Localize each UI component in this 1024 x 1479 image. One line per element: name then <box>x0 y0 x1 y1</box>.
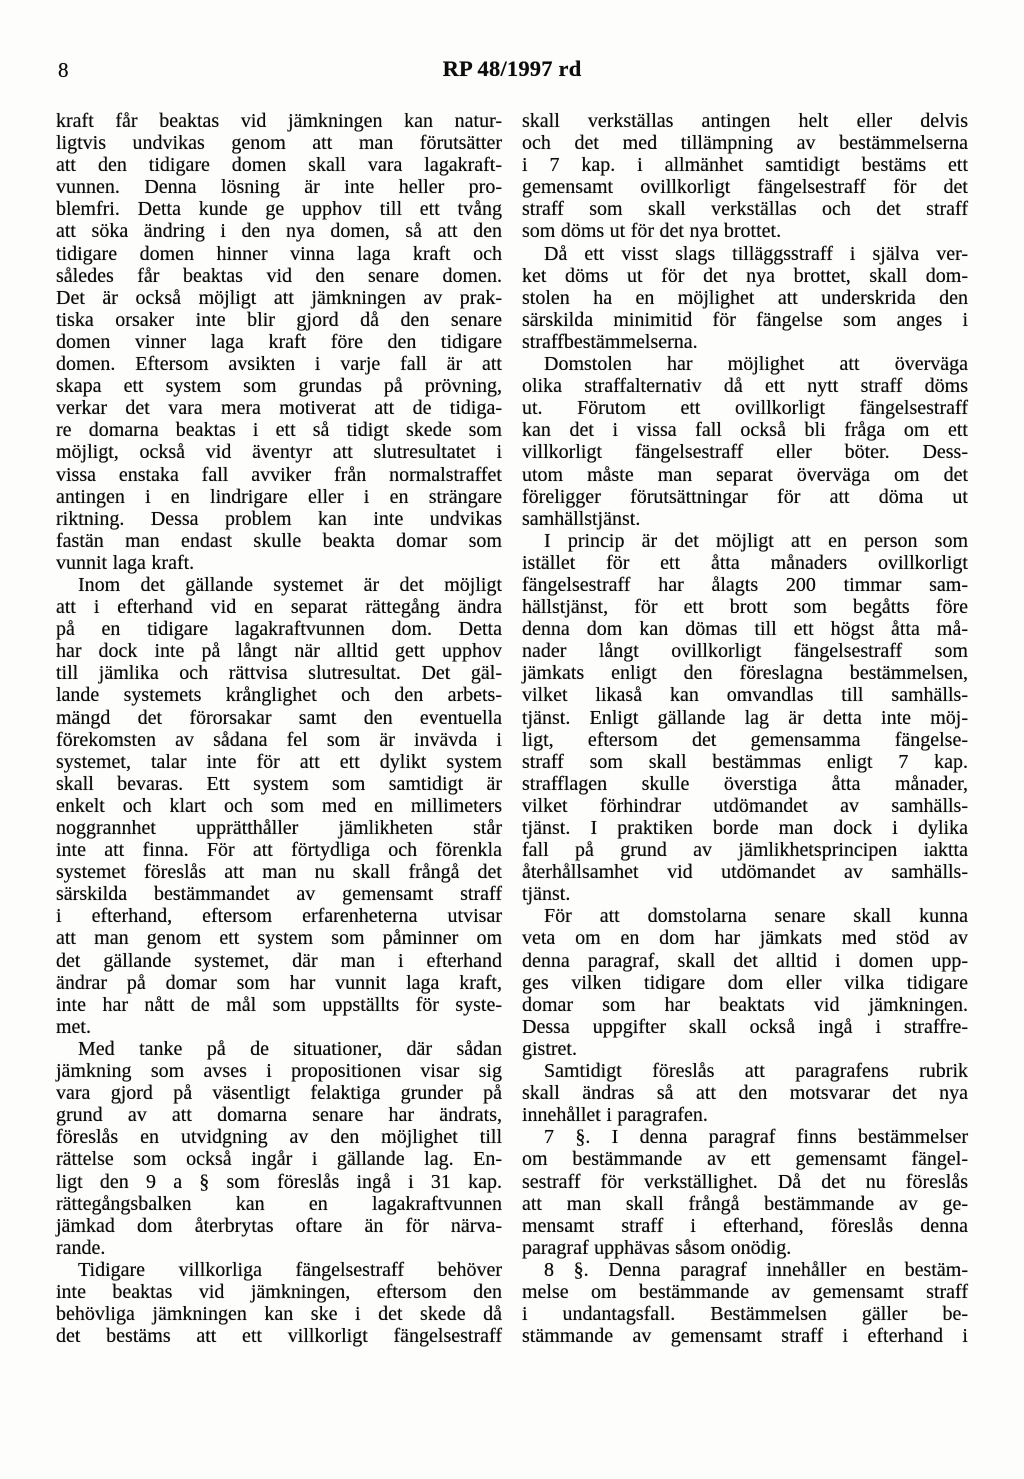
text-line: föreslås en utvidgning av den möjlighet … <box>56 1126 502 1148</box>
paragraph: Inom det gällande systemet är det möjlig… <box>56 574 502 1038</box>
text-line: domar som har beaktats vid jämkningen. <box>522 994 968 1016</box>
text-line: olika straffalternativ då ett nytt straf… <box>522 375 968 397</box>
text-line: tjänst. <box>522 883 968 905</box>
text-line: Samtidigt föreslås att paragrafens rubri… <box>522 1060 968 1082</box>
text-line: ut. Förutom ett ovillkorligt fängelsestr… <box>522 397 968 419</box>
text-line: tidigare domen hinner vinna laga kraft o… <box>56 243 502 265</box>
text-line: tiska orsaker inte blir gjord då den sen… <box>56 309 502 331</box>
text-line: Domstolen har möjlighet att överväga <box>522 353 968 375</box>
text-line: inte beaktas vid jämkningen, eftersom de… <box>56 1281 502 1303</box>
text-line: Då ett visst slags tilläggsstraff i själ… <box>522 243 968 265</box>
text-line: återhållsamhet vid utdömandet av samhäll… <box>522 861 968 883</box>
text-line: lande systemets krånglighet och den arbe… <box>56 684 502 706</box>
text-line: denna paragraf, skall det alltid i domen… <box>522 950 968 972</box>
text-line: verkar det vara mera motiverat att de ti… <box>56 397 502 419</box>
text-line: förekomsten av sådana fel som är invävda… <box>56 729 502 751</box>
text-line: möjligt, också vid äventyr att slutresul… <box>56 441 502 463</box>
text-line: straffbestämmelserna. <box>522 331 968 353</box>
text-line: att den tidigare domen skall vara lagakr… <box>56 154 502 176</box>
text-line: särskilda bestämmandet av gemensamt stra… <box>56 883 502 905</box>
text-line: vilket likaså kan omvandlas till samhäll… <box>522 684 968 706</box>
text-line: tjänst. I praktiken borde man dock i dyl… <box>522 817 968 839</box>
text-line: och det med tillämpning av bestämmelsern… <box>522 132 968 154</box>
text-line: antingen i en lindrigare eller i en strä… <box>56 486 502 508</box>
text-line: domen. Eftersom avsikten i varje fall är… <box>56 353 502 375</box>
text-line: gistret. <box>522 1038 968 1060</box>
text-line: att söka ändring i den nya domen, så att… <box>56 220 502 242</box>
text-line: har dock inte på långt när alltid gett u… <box>56 640 502 662</box>
text-line: sestraff för verkställighet. Då det nu f… <box>522 1171 968 1193</box>
text-line: jämkning som avses i propositionen visar… <box>56 1060 502 1082</box>
text-line: att i efterhand vid en separat rättegång… <box>56 596 502 618</box>
text-line: Tidigare villkorliga fängelsestraff behö… <box>56 1259 502 1281</box>
text-line: inte har nått de mål som uppställts för … <box>56 994 502 1016</box>
left-column: kraft får beaktas vid jämkningen kan nat… <box>56 110 502 1347</box>
text-line: till jämlika och rättvisa slutresultat. … <box>56 662 502 684</box>
text-line: således får beaktas vid den senare domen… <box>56 265 502 287</box>
text-line: att man skall frångå bestämmande av ge- <box>522 1193 968 1215</box>
text-line: utom måste man separat överväga om det <box>522 464 968 486</box>
paragraph: Då ett visst slags tilläggsstraff i själ… <box>522 243 968 353</box>
text-line: met. <box>56 1016 502 1038</box>
text-line: rande. <box>56 1237 502 1259</box>
text-line: systemet föreslås att man nu skall frång… <box>56 861 502 883</box>
text-line: blemfri. Detta kunde ge upphov till ett … <box>56 198 502 220</box>
text-line: riktning. Dessa problem kan inte undvika… <box>56 508 502 530</box>
paragraph: Samtidigt föreslås att paragrafens rubri… <box>522 1060 968 1126</box>
text-line: istället för ett åtta månaders ovillkorl… <box>522 552 968 574</box>
text-line: denna dom kan dömas till ett högst åtta … <box>522 618 968 640</box>
text-line: ändrar på domar som har vunnit laga kraf… <box>56 972 502 994</box>
paragraph: 8 §. Denna paragraf innehåller en bestäm… <box>522 1259 968 1347</box>
text-line: stolen ha en möjlighet att underskrida d… <box>522 287 968 309</box>
text-line: särskilda minimitid för fängelse som ang… <box>522 309 968 331</box>
paragraph: I princip är det möjligt att en person s… <box>522 530 968 906</box>
text-line: samhällstjänst. <box>522 508 968 530</box>
text-line: Med tanke på de situationer, där sådan <box>56 1038 502 1060</box>
text-line: kan det i vissa fall också bli fråga om … <box>522 419 968 441</box>
text-line: noggrannhet upprätthåller jämlikheten st… <box>56 817 502 839</box>
right-column: skall verkställas antingen helt eller de… <box>522 110 968 1347</box>
text-line: jämkats enligt den föreslagna bestämmels… <box>522 662 968 684</box>
paragraph: Med tanke på de situationer, där sådanjä… <box>56 1038 502 1259</box>
text-line: inte att finna. För att förtydliga och f… <box>56 839 502 861</box>
text-line: jämkad dom återbrytas oftare än för närv… <box>56 1215 502 1237</box>
text-line: om bestämmande av ett gemensamt fängel- <box>522 1148 968 1170</box>
text-line: 8 §. Denna paragraf innehåller en bestäm… <box>522 1259 968 1281</box>
text-line: straff som skall verkställas och det str… <box>522 198 968 220</box>
text-line: skapa ett system som grundas på prövning… <box>56 375 502 397</box>
text-line: Dessa uppgifter skall också ingå i straf… <box>522 1016 968 1038</box>
text-line: ligt den 9 a § som föreslås ingå i 31 ka… <box>56 1171 502 1193</box>
text-line: mängd det förorsakar samt den eventuella <box>56 707 502 729</box>
text-line: nader långt ovillkorligt fängelsestraff … <box>522 640 968 662</box>
text-line: veta om en dom har jämkats med stöd av <box>522 927 968 949</box>
text-line: skall ändras så att den motsvarar det ny… <box>522 1082 968 1104</box>
text-line: gemensamt ovillkorligt fängelsestraff fö… <box>522 176 968 198</box>
text-line: fängelsestraff har ålagts 200 timmar sam… <box>522 574 968 596</box>
text-line: ligtvis undvikas genom att man förutsätt… <box>56 132 502 154</box>
text-line: hällstjänst, för ett brott som begåtts f… <box>522 596 968 618</box>
text-line: skall bevaras. Ett system som samtidigt … <box>56 773 502 795</box>
text-line: melse om bestämmande av gemensamt straff <box>522 1281 968 1303</box>
text-line: För att domstolarna senare skall kunna <box>522 905 968 927</box>
text-line: enkelt och klart och som med en millimet… <box>56 795 502 817</box>
text-line: 7 §. I denna paragraf finns bestämmelser <box>522 1126 968 1148</box>
text-line: Det är också möjligt att jämkningen av p… <box>56 287 502 309</box>
text-line: i 7 kap. i allmänhet samtidigt bestäms e… <box>522 154 968 176</box>
text-line: vunnit laga kraft. <box>56 552 502 574</box>
text-line: villkorligt fängelsestraff eller böter. … <box>522 441 968 463</box>
text-line: föreligger förutsättningar för att döma … <box>522 486 968 508</box>
text-line: stämmande av gemensamt straff i efterhan… <box>522 1325 968 1347</box>
text-line: skall verkställas antingen helt eller de… <box>522 110 968 132</box>
text-line: kraft får beaktas vid jämkningen kan nat… <box>56 110 502 132</box>
text-line: vissa enstaka fall avviker från normalst… <box>56 464 502 486</box>
paragraph: skall verkställas antingen helt eller de… <box>522 110 968 243</box>
paragraph: Tidigare villkorliga fängelsestraff behö… <box>56 1259 502 1347</box>
text-line: paragraf upphävas såsom onödig. <box>522 1237 968 1259</box>
text-line: strafflagen skulle överstiga åtta månade… <box>522 773 968 795</box>
text-line: fastän man endast skulle beakta domar so… <box>56 530 502 552</box>
paragraph: Domstolen har möjlighet att övervägaolik… <box>522 353 968 530</box>
text-line: fall på grund av jämlikhetsprincipen iak… <box>522 839 968 861</box>
text-line: Inom det gällande systemet är det möjlig… <box>56 574 502 596</box>
header-title: RP 48/1997 rd <box>56 56 968 82</box>
text-line: behövliga jämkningen kan ske i det skede… <box>56 1303 502 1325</box>
text-line: att man genom ett system som påminner om <box>56 927 502 949</box>
text-line: som döms ut för det nya brottet. <box>522 220 968 242</box>
text-line: i undantagsfall. Bestämmelsen gäller be- <box>522 1303 968 1325</box>
paragraph: 7 §. I denna paragraf finns bestämmelser… <box>522 1126 968 1259</box>
text-line: rättelse som också ingår i gällande lag.… <box>56 1148 502 1170</box>
text-line: ket döms ut för det nya brottet, skall d… <box>522 265 968 287</box>
document-page: 8 RP 48/1997 rd kraft får beaktas vid jä… <box>0 0 1024 1479</box>
text-line: re domarna beaktas i ett så tidigt skede… <box>56 419 502 441</box>
text-line: I princip är det möjligt att en person s… <box>522 530 968 552</box>
text-line: vilket förhindrar utdömandet av samhälls… <box>522 795 968 817</box>
text-line: ligt, eftersom det gemensamma fängelse- <box>522 729 968 751</box>
text-line: ges vilken tidigare dom eller vilka tidi… <box>522 972 968 994</box>
text-line: på en tidigare lagakraftvunnen dom. Dett… <box>56 618 502 640</box>
text-line: mensamt straff i efterhand, föreslås den… <box>522 1215 968 1237</box>
text-line: innehållet i paragrafen. <box>522 1104 968 1126</box>
text-line: vunnen. Denna lösning är inte heller pro… <box>56 176 502 198</box>
text-line: det gällande systemet, där man i efterha… <box>56 950 502 972</box>
text-line: vara gjord på väsentligt felaktiga grund… <box>56 1082 502 1104</box>
text-line: i efterhand, eftersom erfarenheterna utv… <box>56 905 502 927</box>
paragraph: kraft får beaktas vid jämkningen kan nat… <box>56 110 502 574</box>
text-line: grund av att domarna senare har ändrats, <box>56 1104 502 1126</box>
text-line: straff som skall bestämmas enligt 7 kap. <box>522 751 968 773</box>
text-line: det bestäms att ett villkorligt fängelse… <box>56 1325 502 1347</box>
paragraph: För att domstolarna senare skall kunnave… <box>522 905 968 1060</box>
text-line: rättegångsbalken kan en lagakraftvunnen <box>56 1193 502 1215</box>
text-line: systemet, talar inte för att ett dylikt … <box>56 751 502 773</box>
text-columns: kraft får beaktas vid jämkningen kan nat… <box>56 110 968 1347</box>
page-header: 8 RP 48/1997 rd <box>56 56 968 86</box>
text-line: tjänst. Enligt gällande lag är detta int… <box>522 707 968 729</box>
text-line: domen vinner laga kraft före den tidigar… <box>56 331 502 353</box>
